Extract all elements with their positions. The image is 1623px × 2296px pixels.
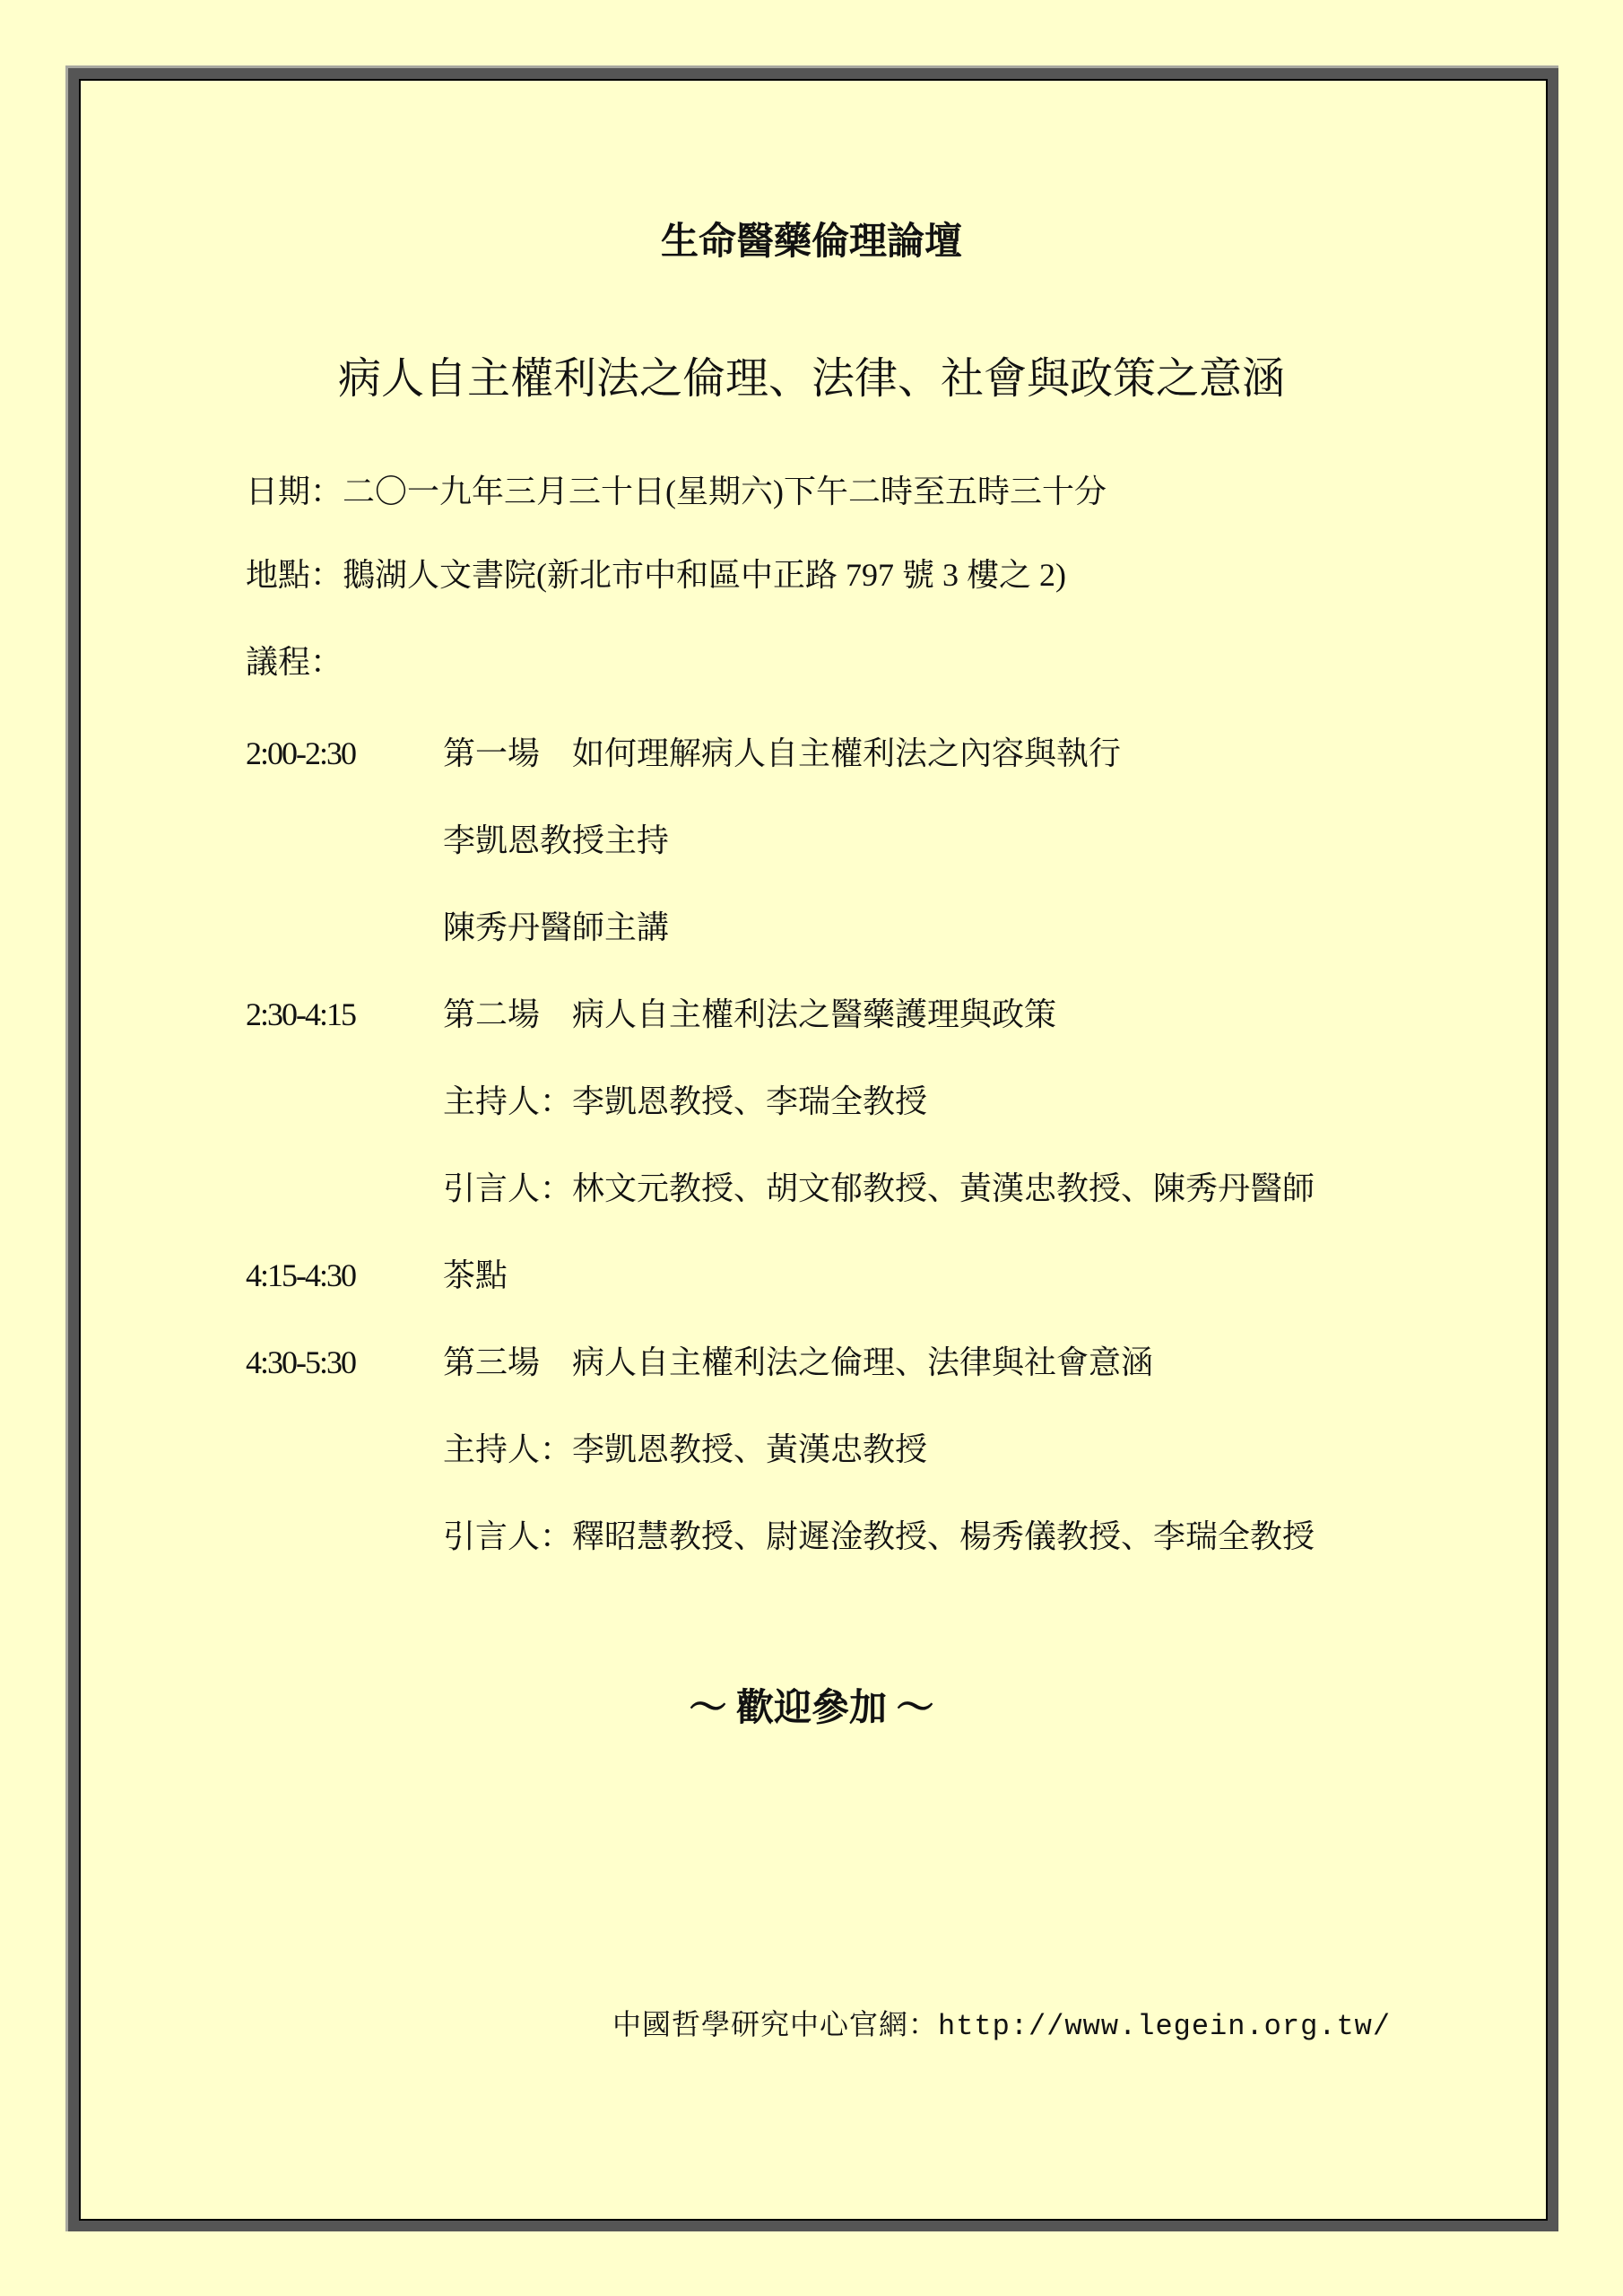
welcome-message: ～ 歡迎參加 ～ bbox=[0, 1683, 1623, 1734]
agenda-host: 李凱恩教授主持 bbox=[443, 819, 669, 862]
agenda-speaker: 陳秀丹醫師主講 bbox=[443, 906, 669, 949]
agenda-session-title: 第二場 病人自主權利法之醫藥護理與政策 bbox=[443, 993, 1056, 1036]
footer-website: 中國哲學研究中心官網：http://www.legein.org.tw/ bbox=[612, 2006, 1391, 2048]
agenda-label: 議程： bbox=[246, 640, 343, 683]
agenda-host: 主持人：李凱恩教授、黃漢忠教授 bbox=[443, 1428, 927, 1471]
agenda-time: 2:30-4:15 bbox=[246, 993, 425, 1036]
agenda-session-title: 第三場 病人自主權利法之倫理、法律與社會意涵 bbox=[443, 1341, 1153, 1384]
event-date: 日期：二〇一九年三月三十日(星期六)下午二時至五時三十分 bbox=[246, 470, 1107, 513]
agenda-host: 主持人：李凱恩教授、李瑞全教授 bbox=[443, 1080, 927, 1123]
agenda-session-title: 第一場 如何理解病人自主權利法之內容與執行 bbox=[443, 732, 1121, 775]
agenda-panelists: 引言人：釋昭慧教授、尉遲淦教授、楊秀儀教授、李瑞全教授 bbox=[443, 1515, 1315, 1558]
agenda-break: 茶點 bbox=[443, 1254, 508, 1297]
agenda-time: 4:15-4:30 bbox=[246, 1254, 425, 1297]
event-subtitle: 病人自主權利法之倫理、法律、社會與政策之意涵 bbox=[0, 352, 1623, 407]
agenda-time: 2:00-2:30 bbox=[246, 732, 425, 775]
agenda-time: 4:30-5:30 bbox=[246, 1341, 425, 1384]
event-location: 地點：鵝湖人文書院(新北市中和區中正路 797 號 3 樓之 2) bbox=[246, 553, 1066, 596]
forum-title: 生命醫藥倫理論壇 bbox=[0, 217, 1623, 267]
agenda-panelists: 引言人：林文元教授、胡文郁教授、黃漢忠教授、陳秀丹醫師 bbox=[443, 1167, 1315, 1210]
